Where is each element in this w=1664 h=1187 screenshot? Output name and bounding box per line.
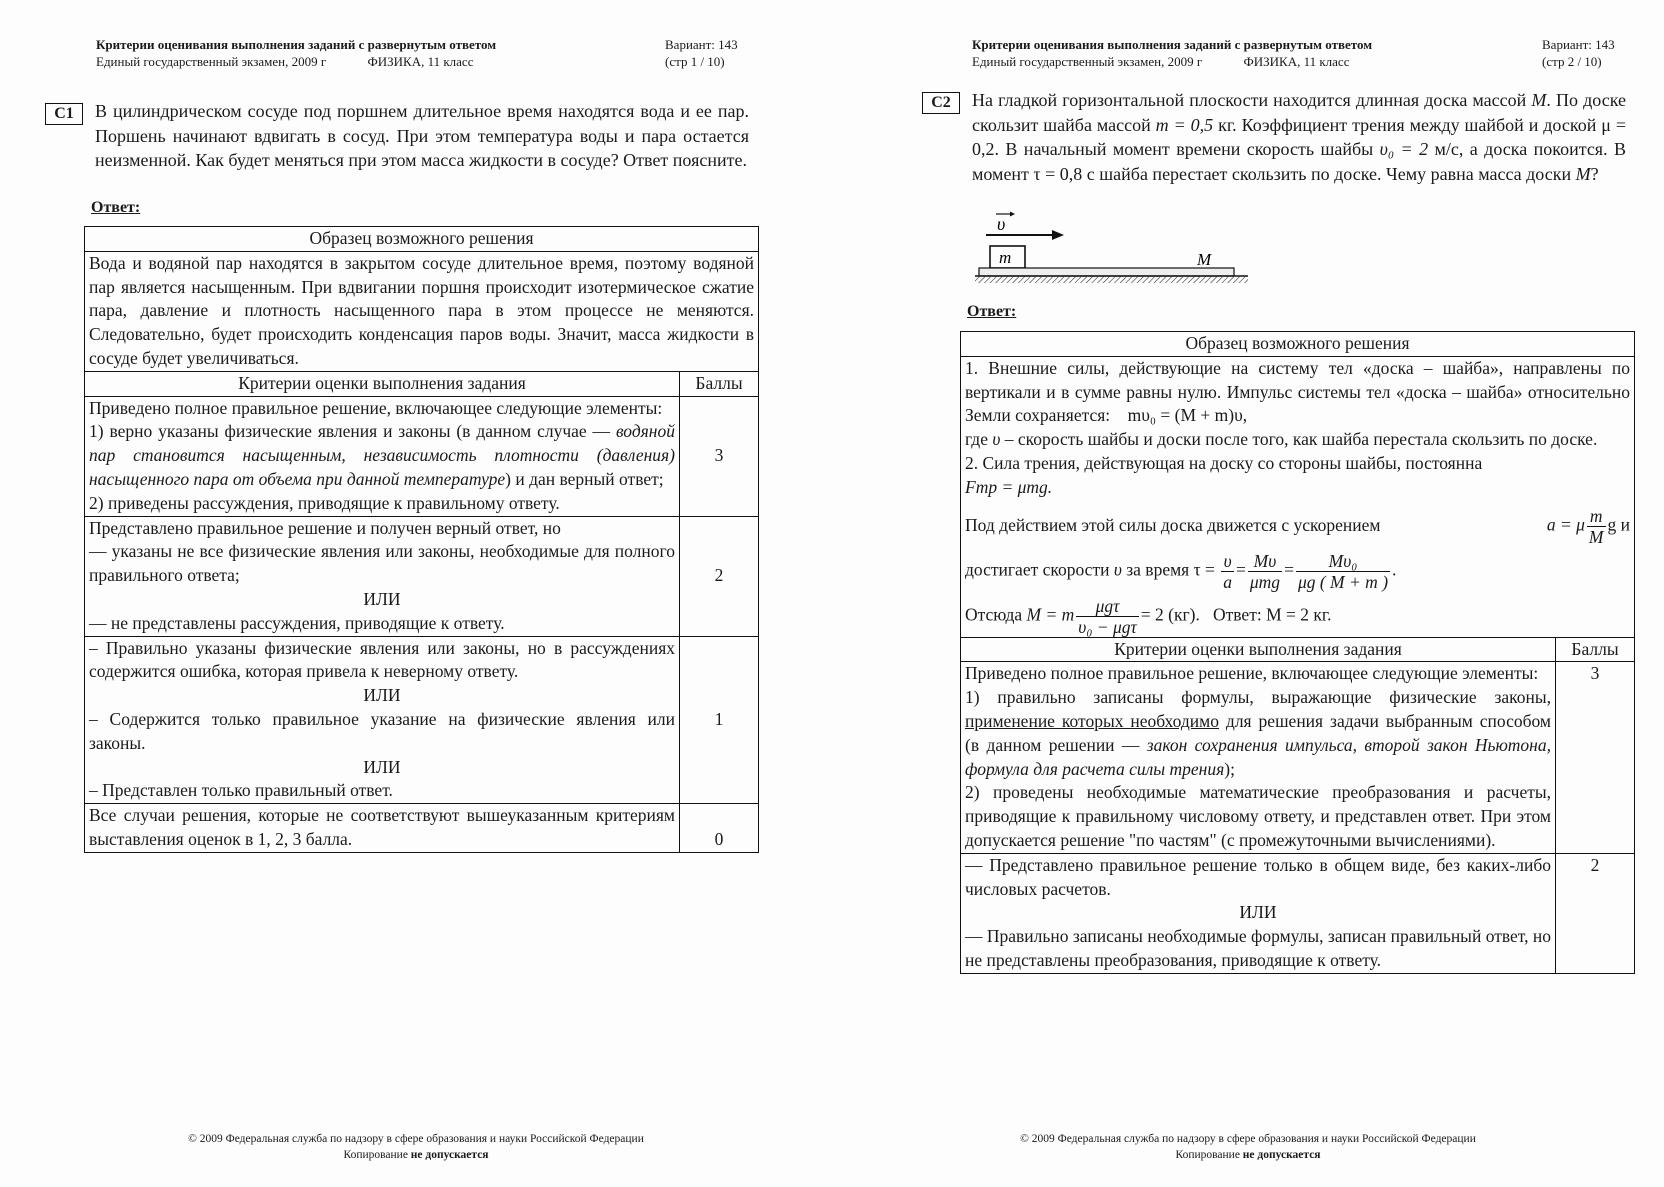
footer-copy-notice: Копирование не допускается xyxy=(832,1147,1664,1163)
header-exam: Единый государственный экзамен, 2009 г Ф… xyxy=(972,53,1372,70)
result-formula: Отсюда M = mμgτυ₀ − μgτ= 2 (кг). Ответ: … xyxy=(965,596,1630,637)
board-label: M xyxy=(1196,250,1212,269)
criteria-row: Приведено полное правильное решение, вкл… xyxy=(85,396,759,516)
criteria-row: — Представлено правильное решение только… xyxy=(961,853,1635,973)
friction-formula: Fтр = μmg. xyxy=(965,476,1630,500)
solution-text: Вода и водяной пар находятся в закрытом … xyxy=(85,251,759,371)
criteria-row: Приведено полное правильное решение, вкл… xyxy=(961,662,1635,853)
header-subject: ФИЗИКА, 11 класс xyxy=(1243,54,1349,69)
header-variant-block: Вариант: 143 (стр 1 / 10) xyxy=(665,36,738,70)
solution-header: Образец возможного решения xyxy=(961,332,1635,357)
criteria-score: 0 xyxy=(680,804,759,853)
page-header: Критерии оценивания выполнения заданий с… xyxy=(972,36,1372,70)
header-subject: ФИЗИКА, 11 класс xyxy=(367,54,473,69)
criteria-score: 3 xyxy=(680,396,759,516)
solution-header: Образец возможного решения xyxy=(85,227,759,252)
score-header: Баллы xyxy=(680,371,759,396)
solution-step-2: 2. Сила трения, действующая на доску со … xyxy=(965,452,1630,476)
task-text: На гладкой горизонтальной плоскости нахо… xyxy=(972,88,1626,186)
solution-criteria-table: Образец возможного решения 1. Внешние си… xyxy=(960,331,1635,974)
page-number: (стр 2 / 10) xyxy=(1542,53,1615,70)
header-exam-name: Единый государственный экзамен, 2009 г xyxy=(972,54,1202,69)
criteria-text: Приведено полное правильное решение, вкл… xyxy=(85,396,680,516)
criteria-row: Представлено правильное решение и получе… xyxy=(85,516,759,636)
solution-step-1: 1. Внешние силы, действующие на систему … xyxy=(965,357,1630,428)
header-variant: Вариант: 143 xyxy=(665,36,738,53)
final-answer: Ответ: M = 2 кг. xyxy=(1213,604,1331,624)
page-footer: © 2009 Федеральная служба по надзору в с… xyxy=(0,1131,832,1163)
score-header: Баллы xyxy=(1556,637,1635,662)
header-title: Критерии оценивания выполнения заданий с… xyxy=(96,36,496,53)
header-variant: Вариант: 143 xyxy=(1542,36,1615,53)
criteria-header: Критерии оценки выполнения задания xyxy=(961,637,1556,662)
criteria-header: Критерии оценки выполнения задания xyxy=(85,371,680,396)
task-text: В цилиндрическом сосуде под поршнем длит… xyxy=(95,99,749,173)
header-variant-block: Вариант: 143 (стр 2 / 10) xyxy=(1542,36,1615,70)
header-title: Критерии оценивания выполнения заданий с… xyxy=(972,36,1372,53)
task-id-box: С1 xyxy=(45,103,83,125)
board-shape xyxy=(979,268,1234,276)
criteria-score: 1 xyxy=(680,636,759,804)
page-number: (стр 1 / 10) xyxy=(665,53,738,70)
answer-label: Ответ: xyxy=(967,303,1016,321)
criteria-text: Представлено правильное решение и получе… xyxy=(85,516,680,636)
footer-copyright: © 2009 Федеральная служба по надзору в с… xyxy=(0,1131,832,1147)
criteria-score: 2 xyxy=(1556,853,1635,973)
criteria-text: – Правильно указаны физические явления и… xyxy=(85,636,680,804)
task-id-box: С2 xyxy=(922,92,960,114)
board-puck-diagram: υ m M xyxy=(972,210,1252,290)
page-2: Критерии оценивания выполнения заданий с… xyxy=(832,0,1664,1187)
footer-copy-notice: Копирование не допускается xyxy=(0,1147,832,1163)
velocity-label: υ xyxy=(997,214,1005,234)
solution-text: 1. Внешние силы, действующие на систему … xyxy=(961,356,1635,637)
criteria-text: Все случаи решения, которые не соответст… xyxy=(85,804,680,853)
page-1: Критерии оценивания выполнения заданий с… xyxy=(0,0,832,1187)
header-exam-name: Единый государственный экзамен, 2009 г xyxy=(96,54,326,69)
time-formula: достигает скорости υ за время τ = υa=Mυμ… xyxy=(965,551,1630,592)
criteria-score: 3 xyxy=(1556,662,1635,853)
header-exam: Единый государственный экзамен, 2009 г Ф… xyxy=(96,53,496,70)
page-footer: © 2009 Федеральная служба по надзору в с… xyxy=(832,1131,1664,1163)
criteria-text: — Представлено правильное решение только… xyxy=(961,853,1556,973)
puck-label: m xyxy=(999,248,1011,267)
momentum-formula: mυ₀ = (M + m)υ, xyxy=(1128,405,1247,425)
criteria-row: Все случаи решения, которые не соответст… xyxy=(85,804,759,853)
answer-label: Ответ: xyxy=(91,199,140,217)
floor-hatch xyxy=(975,276,1248,283)
criteria-row: – Правильно указаны физические явления и… xyxy=(85,636,759,804)
footer-copyright: © 2009 Федеральная служба по надзору в с… xyxy=(832,1131,1664,1147)
page-header: Критерии оценивания выполнения заданий с… xyxy=(96,36,496,70)
criteria-text: Приведено полное правильное решение, вкл… xyxy=(961,662,1556,853)
solution-criteria-table: Образец возможного решения Вода и водяно… xyxy=(84,226,759,853)
criteria-score: 2 xyxy=(680,516,759,636)
